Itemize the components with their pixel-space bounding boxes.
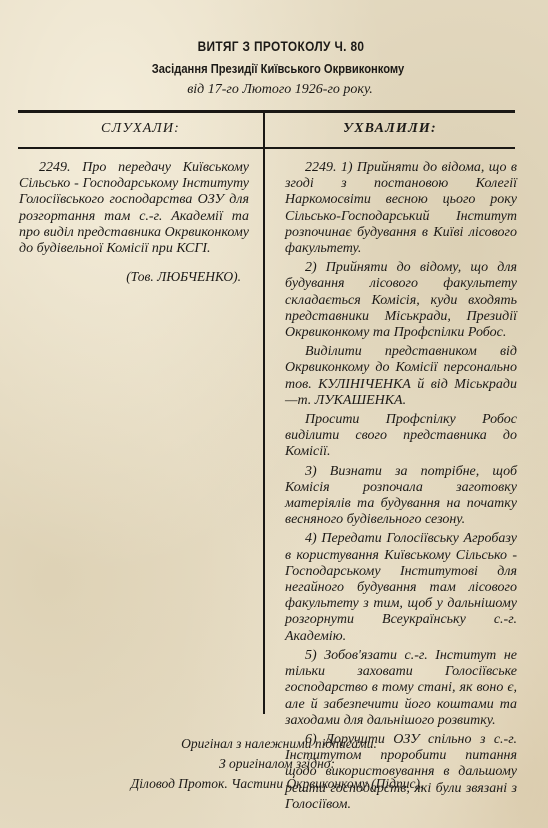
column-heading-heard: СЛУХАЛИ: — [18, 121, 263, 137]
resolution-paragraph: 2) Прийняти до відому, що для будування … — [285, 260, 517, 341]
resolution-paragraph: Виділити представником від Окрвиконкому … — [285, 344, 517, 409]
certified-copy-note: З оригіналом згідно: — [6, 754, 548, 774]
speaker-name: (Тов. ЛЮБЧЕНКО). — [19, 269, 249, 285]
meeting-subtitle: Засідання Президії Київського Окрвиконко… — [46, 59, 510, 78]
resolution-paragraph: 4) Передати Голосіївську Агробазу в кори… — [285, 531, 517, 644]
meeting-date: від 17-го Лютого 1926-го року. — [12, 81, 548, 99]
resolution-paragraph: 2249. 1) Прийняти до відома, що в згоді … — [285, 160, 517, 257]
document-title: ВИТЯГ З ПРОТОКОЛУ Ч. 80 — [46, 38, 516, 56]
resolution-paragraph: 5) Зобов'язати с.-г. Інститут не тільки … — [285, 648, 517, 729]
resolution-paragraph: 3) Визнати за потрібне, щоб Комісія розп… — [285, 464, 517, 529]
column-heading-resolved: УХВАЛИЛИ: — [265, 121, 515, 137]
clerk-signature-line: Діловод Проток. Частини Окрвиконкому (Пі… — [6, 774, 548, 794]
document-footer: Оригінал з належними підписами. З оригін… — [0, 734, 548, 794]
document-page: ВИТЯГ З ПРОТОКОЛУ Ч. 80 Засідання Презид… — [0, 0, 548, 828]
column-divider — [263, 111, 265, 714]
top-horizontal-rule — [18, 110, 515, 113]
heard-item: 2249. Про передачу Київському Сільсько -… — [19, 160, 249, 257]
original-signatures-note: Оригінал з належними підписами. — [10, 734, 548, 754]
heard-column: 2249. Про передачу Київському Сільсько -… — [19, 160, 249, 285]
document-header: ВИТЯГ З ПРОТОКОЛУ Ч. 80 Засідання Презид… — [0, 38, 548, 99]
resolved-column: 2249. 1) Прийняти до відома, що в згоді … — [285, 160, 517, 816]
resolution-paragraph: Просити Профспілку Робос виділити свого … — [285, 412, 517, 461]
header-separator-rule — [18, 147, 515, 149]
